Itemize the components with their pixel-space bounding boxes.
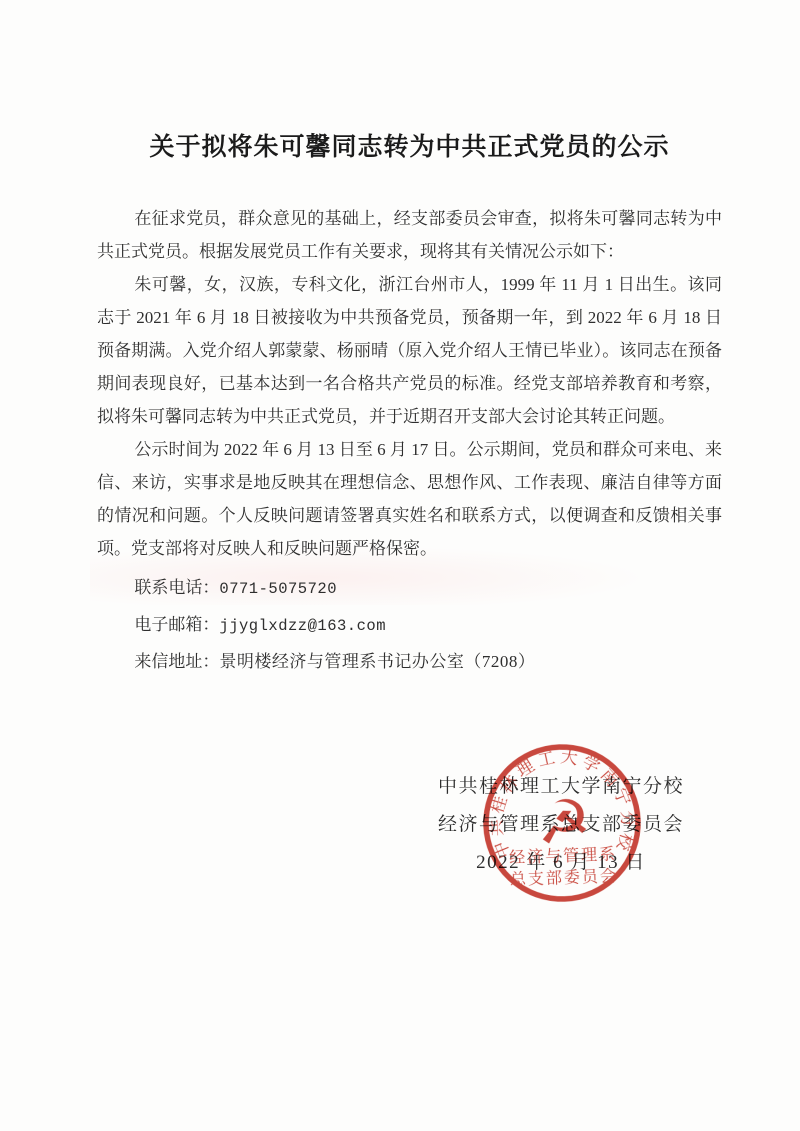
contact-phone-value: 0771-5075720 xyxy=(219,580,337,598)
paragraph-intro: 在征求党员，群众意见的基础上，经支部委员会审查，拟将朱可馨同志转为中共正式党员。… xyxy=(97,202,722,268)
document-title: 关于拟将朱可馨同志转为中共正式党员的公示 xyxy=(97,130,722,164)
contact-info-block: 联系电话：0771-5075720 电子邮箱：jjyglxdzz@163.com… xyxy=(97,570,722,679)
contact-email-value: jjyglxdzz@163.com xyxy=(219,617,386,635)
contact-address-value: 景明楼经济与管理系书记办公室（7208） xyxy=(219,652,535,671)
contact-address-label: 来信地址： xyxy=(134,652,219,671)
contact-email-label: 电子邮箱： xyxy=(134,615,219,634)
document-content: 关于拟将朱可馨同志转为中共正式党员的公示 在征求党员，群众意见的基础上，经支部委… xyxy=(97,0,722,679)
contact-email-line: 电子邮箱：jjyglxdzz@163.com xyxy=(97,607,722,644)
contact-address-line: 来信地址：景明楼经济与管理系书记办公室（7208） xyxy=(97,644,722,679)
contact-phone-line: 联系电话：0771-5075720 xyxy=(97,570,722,607)
document-body: 在征求党员，群众意见的基础上，经支部委员会审查，拟将朱可馨同志转为中共正式党员。… xyxy=(97,202,722,565)
seal-inner-line2: 总支部委员会 xyxy=(510,867,619,889)
official-seal: 中共桂林理工大学南宁分校 ☭ 经济与管理系 总支部委员会 xyxy=(469,730,655,916)
paragraph-member-details: 朱可馨，女，汉族，专科文化，浙江台州市人，1999 年 11 月 1 日出生。该… xyxy=(97,268,722,433)
contact-phone-label: 联系电话： xyxy=(134,578,219,597)
paragraph-notice-period: 公示时间为 2022 年 6 月 13 日至 6 月 17 日。公示期间，党员和… xyxy=(97,433,722,565)
scanned-document-page: 关于拟将朱可馨同志转为中共正式党员的公示 在征求党员，群众意见的基础上，经支部委… xyxy=(0,0,800,1131)
seal-inner-line1: 经济与管理系 xyxy=(509,845,618,867)
